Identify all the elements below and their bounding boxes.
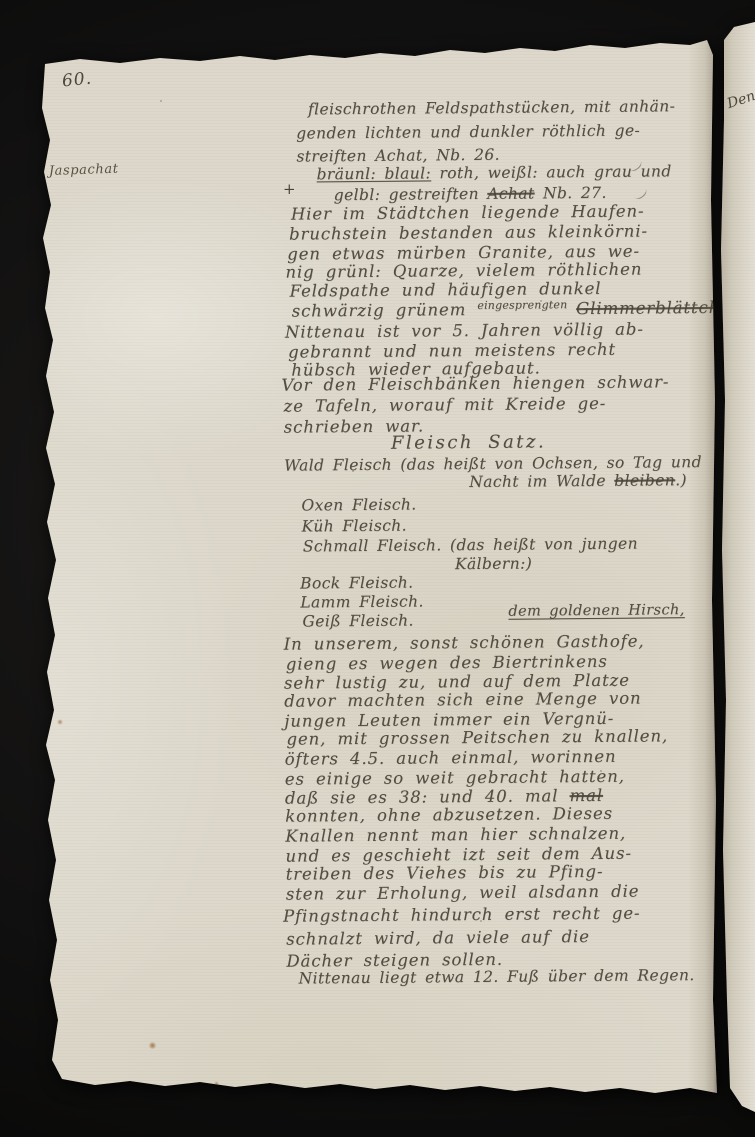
manuscript-line: Oxen Fleisch. <box>301 496 416 515</box>
manuscript-line: Schmall Fleisch. (das heißt von jungen <box>303 535 638 556</box>
foxing-spot <box>148 1042 157 1049</box>
manuscript-line: Vor den Fleischbänken hiengen schwar- <box>281 372 669 394</box>
manuscript-line: gelbl: gestreiften Achat Nb. 27. <box>334 184 607 204</box>
manuscript-line: Nittenau ist vor 5. Jahren völlig ab- <box>285 320 644 342</box>
manuscript-line: konnten, ohne abzusetzen. Dieses <box>285 804 613 826</box>
foxing-spot <box>57 719 63 725</box>
manuscript-segment: Fleisch Satz. <box>391 431 546 453</box>
manuscript-line: davor machten sich eine Menge von <box>284 689 642 711</box>
manuscript-line: Nittenau liegt etwa 12. Fuß über dem Reg… <box>298 966 694 987</box>
manuscript-line: Knallen nennt man hier schnalzen, <box>285 824 626 846</box>
foxing-spot <box>214 1081 219 1086</box>
manuscript-line: Küh Fleisch. <box>302 517 407 536</box>
manuscript-line: schnalzt wird, da viele auf die <box>286 927 590 949</box>
paper-speck <box>600 770 602 772</box>
manuscript-line: bräunl: blaul: roth, weißl: auch grau un… <box>316 162 671 183</box>
manuscript-line: Pfingstnacht hindurch erst recht ge- <box>283 904 641 926</box>
manuscript-segment: Nittenau liegt etwa 12. Fuß über dem Reg… <box>298 966 694 987</box>
manuscript-line: öfters 4.5. auch einmal, worinnen <box>285 747 617 769</box>
manuscript-segment: streiften Achat, Nb. 26. <box>296 146 500 166</box>
manuscript-segment-strike: Achat <box>487 184 534 202</box>
manuscript-segment: Pfingstnacht hindurch erst recht ge- <box>283 904 641 926</box>
manuscript-line: Nacht im Walde bleiben.) <box>469 471 687 491</box>
manuscript-line: Lamm Fleisch. <box>300 592 424 611</box>
manuscript-scan: 60. † Jaspachat + fleischrothen Feldspat… <box>0 0 755 1137</box>
manuscript-segment: Geiß Fleisch. <box>302 612 414 631</box>
manuscript-segment: dem goldenen Hirsch, <box>508 602 684 620</box>
manuscript-segment: konnten, ohne abzusetzen. Dieses <box>285 804 613 826</box>
manuscript-line: dem goldenen Hirsch, <box>508 602 684 620</box>
manuscript-segment: Lamm Fleisch. <box>300 592 424 611</box>
manuscript-line: schwärzig grünem eingesprengten Glimmerb… <box>292 296 755 320</box>
next-page-sliver: Den <box>714 0 755 1137</box>
manuscript-segment: Hier im Städtchen liegende Haufen- <box>291 202 645 224</box>
manuscript-line: gen, mit grossen Peitschen zu knallen, <box>286 726 668 748</box>
manuscript-line: sten zur Erholung, weil alsdann die <box>286 882 640 904</box>
manuscript-segment: In unserem, sonst schönen Gasthofe, <box>284 632 645 654</box>
manuscript-segment: Nittenau ist vor 5. Jahren völlig ab- <box>285 320 644 342</box>
manuscript-line: treiben des Viehes bis zu Pfing- <box>286 862 604 884</box>
manuscript-segment-strike: mal <box>569 786 603 805</box>
manuscript-segment: ze Tafeln, worauf mit Kreide ge- <box>283 394 606 416</box>
manuscript-segment: gen, mit grossen Peitschen zu knallen, <box>286 726 668 748</box>
manuscript-line: Hier im Städtchen liegende Haufen- <box>291 202 645 224</box>
manuscript-line: fleischrothen Feldspathstücken, mit anhä… <box>308 97 675 118</box>
manuscript-segment: Oxen Fleisch. <box>301 496 416 515</box>
manuscript-segment-small: eingesprengten <box>477 298 576 312</box>
manuscript-segment: schwärzig grünem <box>292 300 478 321</box>
paper-speck <box>430 208 432 210</box>
manuscript-segment: sten zur Erholung, weil alsdann die <box>286 882 640 904</box>
manuscript-line: In unserem, sonst schönen Gasthofe, <box>284 632 645 654</box>
manuscript-line: Bock Fleisch. <box>300 574 413 593</box>
manuscript-segment: schnalzt wird, da viele auf die <box>286 927 590 949</box>
manuscript-segment: Bock Fleisch. <box>300 574 413 593</box>
manuscript-segment: gelbl: gestreiften <box>334 185 488 204</box>
manuscript-line: bruchstein bestanden aus kleinkörni- <box>289 221 648 243</box>
manuscript-segment: Küh Fleisch. <box>302 517 407 536</box>
manuscript-segment: Vor den Fleischbänken hiengen schwar- <box>281 372 669 394</box>
manuscript-segment: Nacht im Walde <box>469 472 614 491</box>
manuscript-segment-strike: bleiben <box>614 471 675 490</box>
manuscript-segment: davor machten sich eine Menge von <box>284 689 642 711</box>
manuscript-segment: Nb. 27. <box>535 184 607 203</box>
paper-speck <box>352 470 354 472</box>
scan-background: { "document": { "page_number": "60.", "m… <box>0 0 755 1137</box>
manuscript-line: streiften Achat, Nb. 26. <box>296 146 500 166</box>
manuscript-segment-underline: bräunl: blaul: <box>316 164 431 183</box>
manuscript-segment: Knallen nennt man hier schnalzen, <box>285 824 626 846</box>
manuscript-segment: Kälbern:) <box>455 554 532 573</box>
manuscript-segment: genden lichten und dunkler röthlich ge- <box>296 122 640 143</box>
paper-speck <box>540 300 542 302</box>
gutter-fold-shadow <box>688 38 718 1096</box>
manuscript-line: ze Tafeln, worauf mit Kreide ge- <box>283 394 606 416</box>
manuscript-segment-strike: Glimmerblättchen <box>576 298 742 318</box>
manuscript-segment: bruchstein bestanden aus kleinkörni- <box>289 221 648 243</box>
next-page-text-fragment: Den <box>725 88 755 112</box>
manuscript-segment: treiben des Viehes bis zu Pfing- <box>286 862 604 884</box>
manuscript-page: 60. † Jaspachat + fleischrothen Feldspat… <box>0 0 720 1137</box>
handwriting-layer: fleischrothen Feldspathstücken, mit anhä… <box>0 0 725 1137</box>
manuscript-line: genden lichten und dunkler röthlich ge- <box>296 122 640 143</box>
manuscript-segment: fleischrothen Feldspathstücken, mit anhä… <box>308 97 675 118</box>
manuscript-line: Kälbern:) <box>455 554 532 573</box>
paper-speck <box>160 100 162 102</box>
manuscript-segment: Schmall Fleisch. (das heißt von jungen <box>303 535 638 556</box>
manuscript-segment: öfters 4.5. auch einmal, worinnen <box>285 747 617 769</box>
paper-speck <box>480 920 482 922</box>
manuscript-line: Fleisch Satz. <box>391 431 546 453</box>
manuscript-segment: .) <box>675 471 687 489</box>
manuscript-line: Geiß Fleisch. <box>302 612 414 631</box>
